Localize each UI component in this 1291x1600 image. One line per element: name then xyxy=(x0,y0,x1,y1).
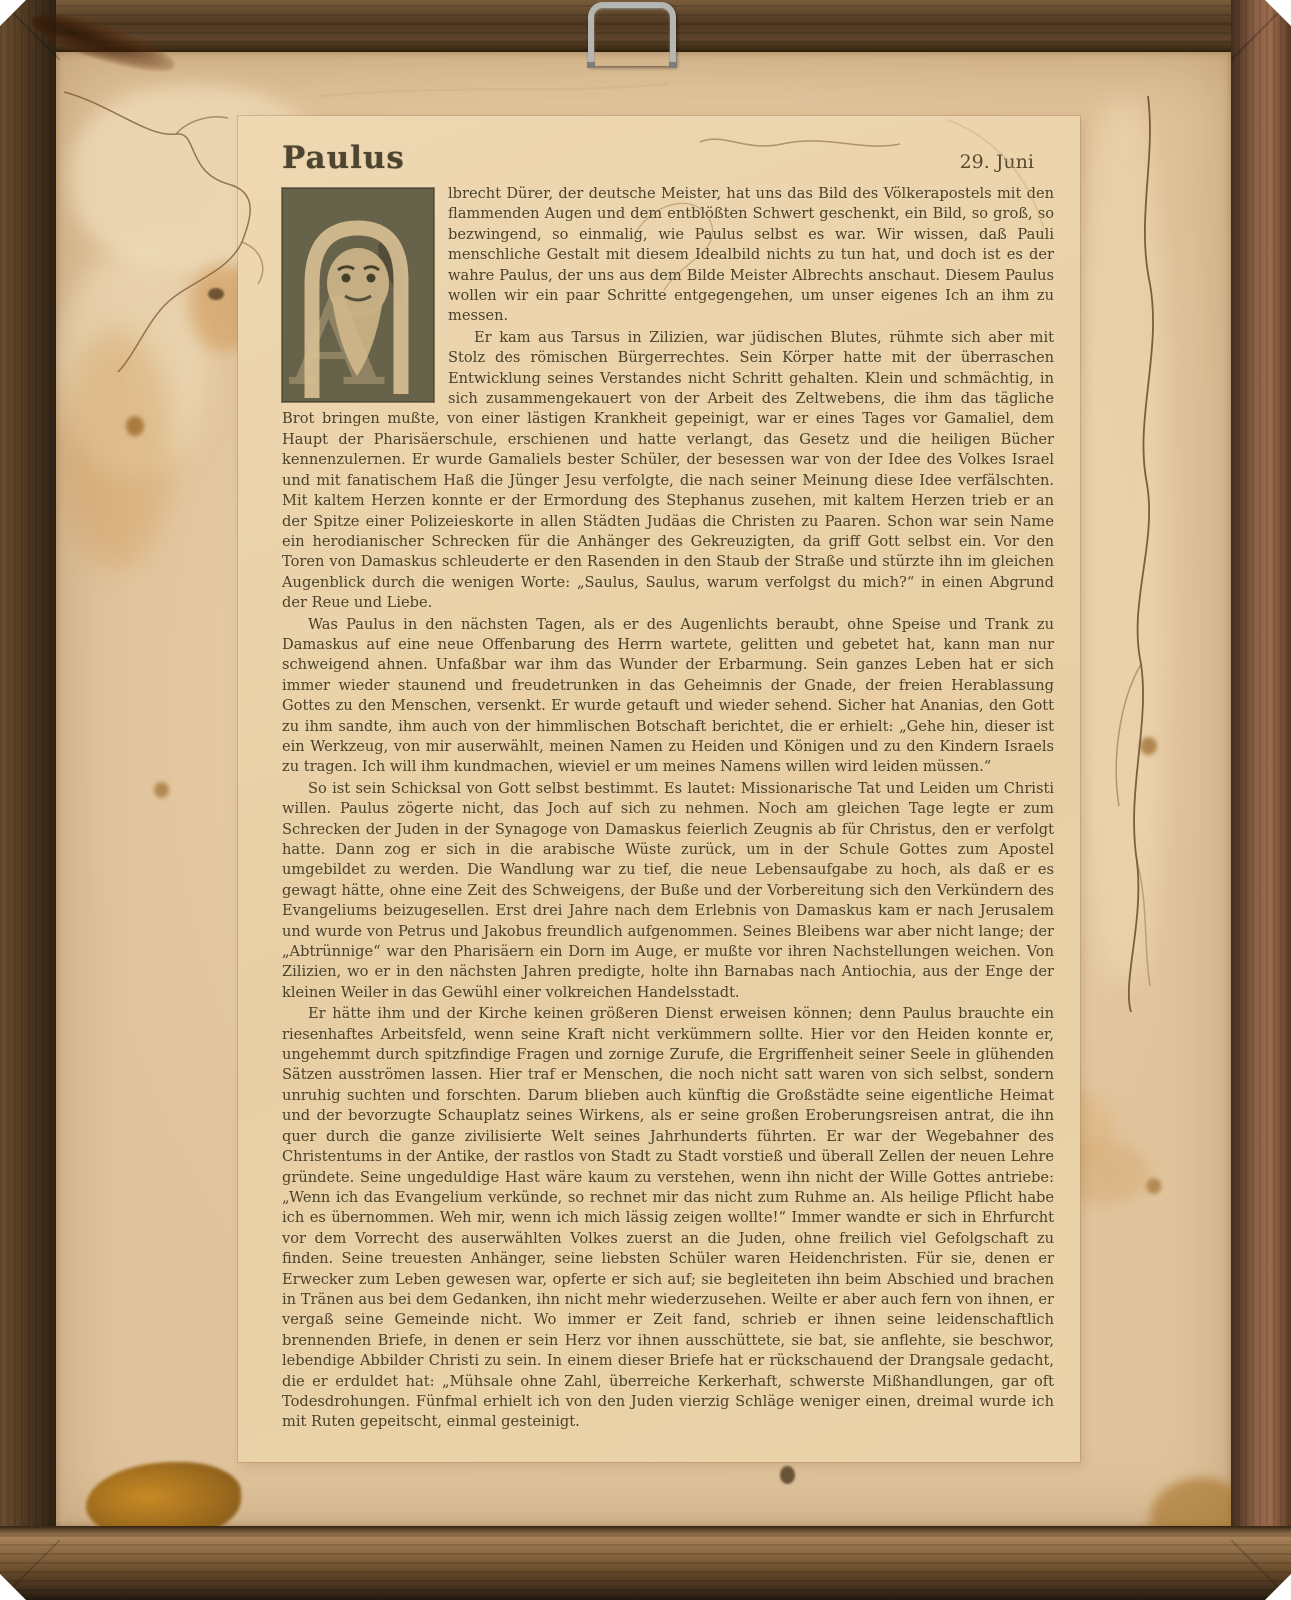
paragraph: A lbrecht Dürer, der deutsche Meister, h… xyxy=(282,184,1054,327)
frame-bottom xyxy=(0,1526,1291,1600)
drop-cap-letter: A xyxy=(289,272,385,402)
paragraph: So ist sein Schicksal von Gott selbst be… xyxy=(282,779,1054,1003)
frame-right xyxy=(1231,0,1291,1600)
frame-left xyxy=(0,0,56,1600)
page-title: Paulus xyxy=(282,140,405,176)
page-body: A lbrecht Dürer, der deutsche Meister, h… xyxy=(238,180,1080,1433)
paragraph: Er hätte ihm und der Kirche keinen größe… xyxy=(282,1004,1054,1433)
framed-print-back: Paulus 29. Juni xyxy=(0,0,1291,1600)
woodcut-initial: A xyxy=(282,188,434,402)
printed-page: Paulus 29. Juni xyxy=(238,116,1080,1462)
paragraph: Was Paulus in den nächsten Tagen, als er… xyxy=(282,615,1054,778)
page-date: 29. Juni xyxy=(960,151,1034,176)
woodcut-paulus-portrait: A xyxy=(282,188,434,402)
paragraph-text: lbrecht Dürer, der deutsche Meister, hat… xyxy=(448,185,1054,324)
page-header: Paulus 29. Juni xyxy=(238,116,1080,180)
wire-hanger xyxy=(588,2,676,66)
